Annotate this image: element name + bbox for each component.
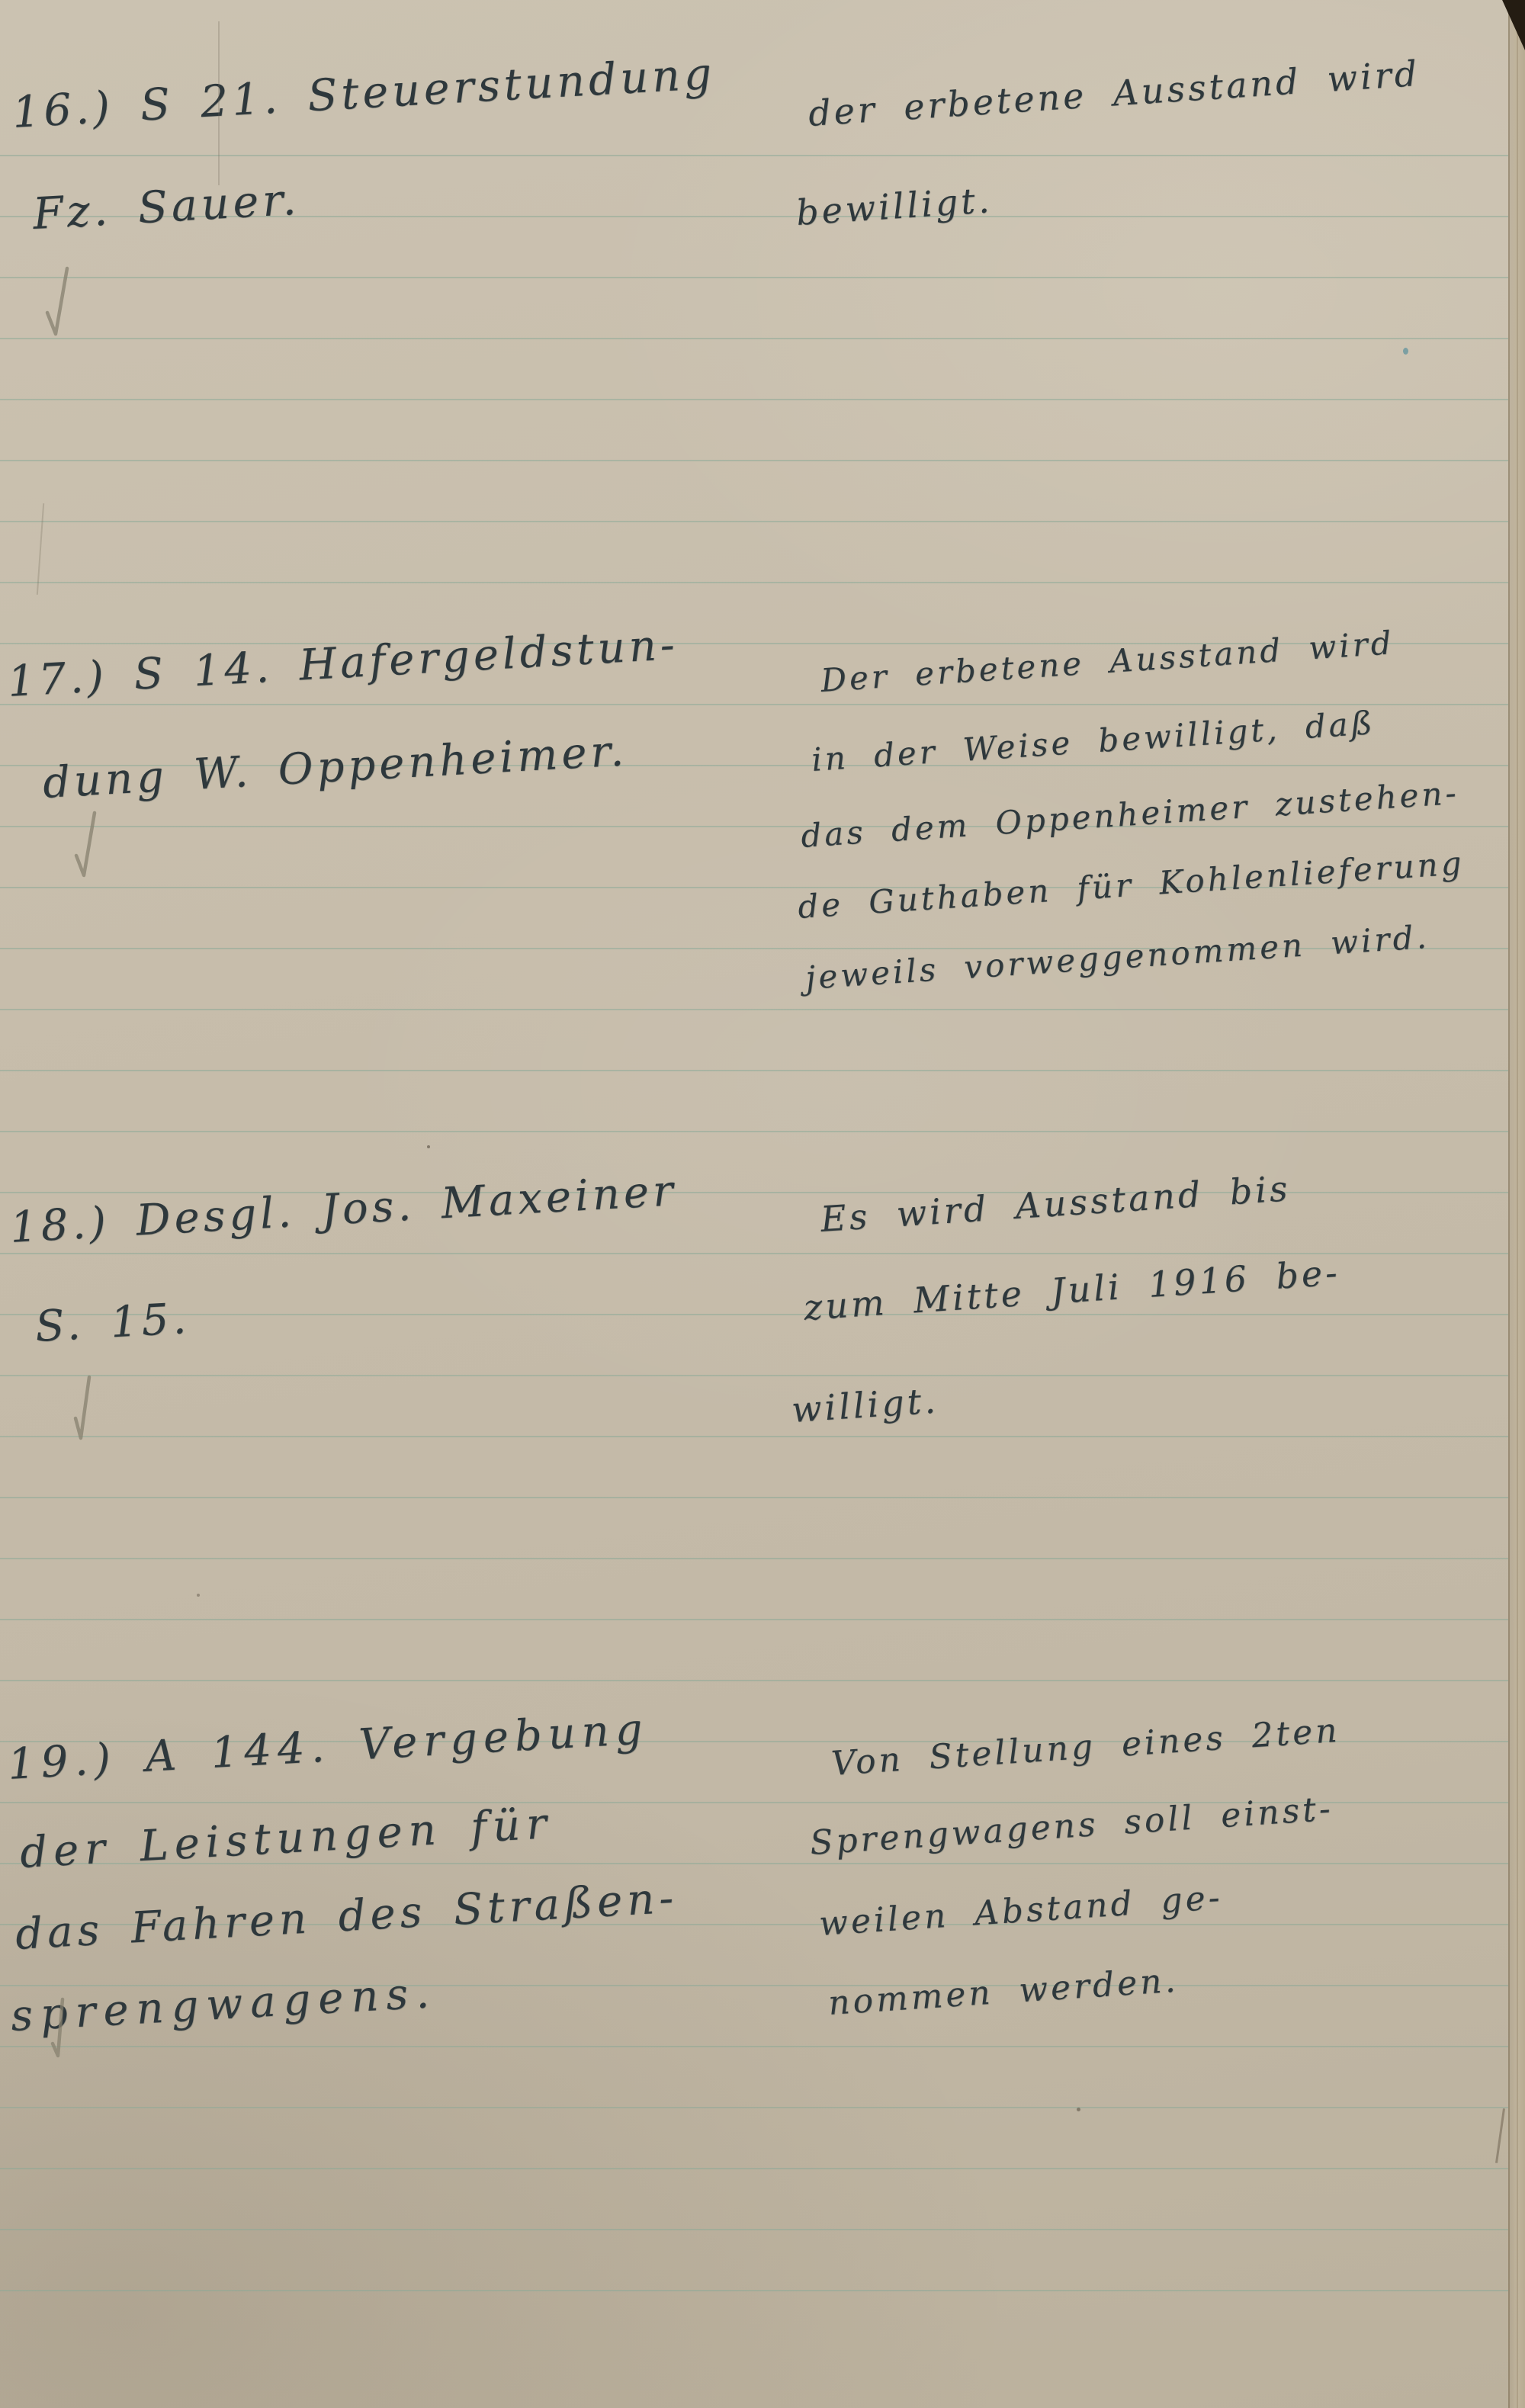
entry-16-decision-line-1: der erbetene Ausstand wird bbox=[807, 53, 1421, 134]
paper-speck bbox=[427, 1145, 430, 1148]
entry-19-decision-line-2: Sprengwagens soll einst- bbox=[809, 1790, 1335, 1863]
entry-17-decision-line-1: Der erbetene Ausstand wird bbox=[820, 624, 1395, 699]
paper-crease bbox=[37, 503, 44, 595]
entry-18-decision-line-3: willigt. bbox=[790, 1379, 939, 1430]
entry-19-decision-line-1: Von Stellung eines 2ten bbox=[830, 1711, 1341, 1784]
entry-19-subject-line-3: das Fahren des Straßen- bbox=[14, 1873, 679, 1960]
paper-speck bbox=[1077, 2108, 1080, 2111]
paper-crease bbox=[218, 21, 220, 185]
entry-17-decision-line-3: das dem Oppenheimer zustehen- bbox=[800, 774, 1460, 855]
entry-19-decision-line-4: nommen werden. bbox=[827, 1961, 1180, 2023]
entry-18-decision-line-2: zum Mitte Juli 1916 be- bbox=[802, 1251, 1341, 1328]
entry-19-subject-line-2: der Leistungen für bbox=[18, 1799, 554, 1878]
entry-18-subject-line-2: S. 15. bbox=[34, 1294, 191, 1352]
entry-18-decision-line-1: Es wird Ausstand bis bbox=[819, 1167, 1292, 1240]
entry-17-subject-line-1: 17.) S 14. Hafergeldstun- bbox=[6, 620, 679, 707]
paper-speck bbox=[197, 1594, 200, 1597]
entry-17-decision-line-2: in der Weise bewilligt, daß bbox=[811, 704, 1376, 779]
paper-scratch bbox=[1495, 2108, 1505, 2163]
entry-19-subject-line-4: sprengwagens. bbox=[9, 1968, 438, 2041]
ledger-page: 16.) S 21. Steuerstundung Fz. Sauer. der… bbox=[0, 0, 1525, 2408]
entry-17-subject-line-2: dung W. Oppenheimer. bbox=[41, 726, 628, 808]
entry-17-decision-line-4: de Guthaben für Kohlenlieferung bbox=[797, 844, 1466, 926]
entry-17-decision-line-5: jeweils vorweggenommen wird. bbox=[804, 918, 1430, 997]
entry-16-subject-line-1: 16.) S 21. Steuerstundung bbox=[11, 49, 717, 138]
pencil-checkmark-icon bbox=[44, 265, 70, 339]
page-edge-fold-line bbox=[1517, 0, 1518, 2408]
pencil-checkmark-icon bbox=[73, 1374, 91, 1441]
entry-18-subject-line-1: 18.) Desgl. Jos. Maxeiner bbox=[8, 1166, 678, 1253]
entry-16-subject-line-2: Fz. Sauer. bbox=[31, 175, 301, 239]
pencil-checkmark-icon bbox=[73, 810, 98, 880]
pencil-checkmark-icon bbox=[50, 1996, 67, 2062]
entry-16-decision-line-2: bewilligt. bbox=[795, 179, 993, 233]
page-edge-fold-line bbox=[1508, 0, 1510, 2408]
entry-19-decision-line-3: weilen Abstand ge- bbox=[818, 1878, 1224, 1944]
ink-speck bbox=[1403, 348, 1408, 355]
entry-19-subject-line-1: 19.) A 144. Vergebung bbox=[6, 1704, 650, 1790]
